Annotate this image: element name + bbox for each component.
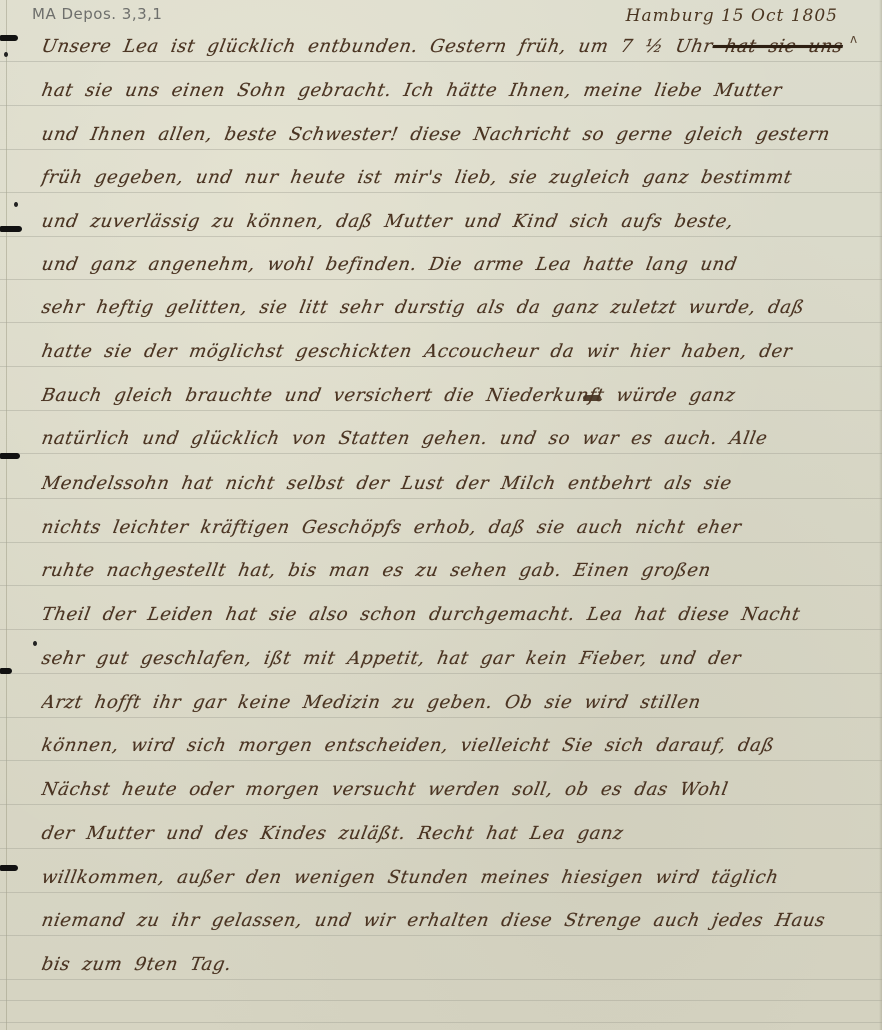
letter-line-text: natürlich und glücklich von Statten gehe… xyxy=(40,428,769,449)
ruling-line xyxy=(0,979,882,980)
ruling-line xyxy=(0,935,882,936)
ruling-line xyxy=(0,149,882,150)
letter-line: früh gegeben, und nur heute ist mir's li… xyxy=(40,167,874,188)
letter-line: und zuverlässig zu können, daß Mutter un… xyxy=(40,211,874,232)
letter-line: sehr heftig gelitten, sie litt sehr durs… xyxy=(40,297,874,318)
ruling-line xyxy=(0,804,882,805)
margin-ink-mark xyxy=(0,865,18,871)
letter-line: willkommen, außer den wenigen Stunden me… xyxy=(40,867,874,888)
ruling-line xyxy=(0,279,882,280)
ruling-line xyxy=(0,1022,882,1023)
letter-line-text: können, wird sich morgen entscheiden, vi… xyxy=(40,735,776,756)
archive-reference: MA Depos. 3,3,1 xyxy=(32,5,162,23)
letter-line: Arzt hofft ihr gar keine Medizin zu gebe… xyxy=(40,692,874,713)
ruling-line xyxy=(0,366,882,367)
margin-ink-mark xyxy=(0,668,12,674)
letter-line: und ganz angenehm, wohl befinden. Die ar… xyxy=(40,254,874,275)
letter-line: hat sie uns einen Sohn gebracht. Ich hät… xyxy=(40,80,874,101)
margin-ink-mark xyxy=(0,226,22,232)
ruling-line xyxy=(0,453,882,454)
letter-line: der Mutter und des Kindes zuläßt. Recht … xyxy=(40,823,874,844)
ruling-line xyxy=(0,892,882,893)
letter-line: und Ihnen allen, beste Schwester! diese … xyxy=(40,124,874,145)
ruling-line xyxy=(0,629,882,630)
place-date-line: Hamburg 15 Oct 1805 xyxy=(626,6,838,26)
margin-ink-mark xyxy=(0,35,18,41)
letter-line: nichts leichter kräftigen Geschöpfs erho… xyxy=(40,517,874,538)
letter-line: Theil der Leiden hat sie also schon durc… xyxy=(40,604,874,625)
letter-line: hatte sie der möglichst geschickten Acco… xyxy=(40,341,874,362)
ruling-line xyxy=(0,848,882,849)
ruling-line xyxy=(0,717,882,718)
letter-line: Unsere Lea ist glücklich entbunden. Gest… xyxy=(40,36,874,57)
letter-line-text: und zuverlässig zu können, daß Mutter un… xyxy=(40,211,735,232)
letter-line-text: sehr gut geschlafen, ißt mit Appetit, ha… xyxy=(40,648,743,669)
letter-line-text: nichts leichter kräftigen Geschöpfs erho… xyxy=(40,517,743,538)
letter-line-text: hatte sie der möglichst geschickten Acco… xyxy=(40,341,794,362)
letter-line-text: sehr heftig gelitten, sie litt sehr durs… xyxy=(40,297,806,318)
ruling-line xyxy=(0,105,882,106)
paper-fold-line xyxy=(6,0,7,1030)
margin-ink-mark xyxy=(0,453,20,459)
ruling-line xyxy=(0,498,882,499)
ruling-line xyxy=(0,542,882,543)
letter-line-text: früh gegeben, und nur heute ist mir's li… xyxy=(40,167,794,188)
letter-line-text: hat sie uns einen Sohn gebracht. Ich hät… xyxy=(40,80,784,101)
ruling-line xyxy=(0,61,882,62)
letter-line: ruhte nachgestellt hat, bis man es zu se… xyxy=(40,560,874,581)
ruling-line xyxy=(0,673,882,674)
letter-line-text: Arzt hofft ihr gar keine Medizin zu gebe… xyxy=(40,692,703,713)
letter-page: MA Depos. 3,3,1 Hamburg 15 Oct 1805 ʌ Un… xyxy=(0,0,882,1030)
letter-line: natürlich und glücklich von Statten gehe… xyxy=(40,428,874,449)
letter-line: bis zum 9ten Tag. xyxy=(40,954,874,975)
ink-dot-mark xyxy=(14,202,18,207)
letter-line: niemand zu ihr gelassen, und wir erhalte… xyxy=(40,910,874,931)
letter-line-text: bis zum 9ten Tag. xyxy=(40,954,233,975)
ruling-line xyxy=(0,760,882,761)
letter-line: Nächst heute oder morgen versucht werden… xyxy=(40,779,874,800)
ruling-line xyxy=(0,585,882,586)
struck-out-text: hat sie uns xyxy=(711,36,845,57)
letter-line: Mendelssohn hat nicht selbst der Lust de… xyxy=(40,473,874,494)
ruling-line xyxy=(0,322,882,323)
letter-line-text: Unsere Lea ist glücklich entbunden. Gest… xyxy=(40,36,715,57)
letter-line-text: Mendelssohn hat nicht selbst der Lust de… xyxy=(40,473,734,494)
letter-line-text: und Ihnen allen, beste Schwester! diese … xyxy=(40,124,832,145)
letter-line: können, wird sich morgen entscheiden, vi… xyxy=(40,735,874,756)
letter-line-text: Nächst heute oder morgen versucht werden… xyxy=(40,779,730,800)
letter-line-text: Theil der Leiden hat sie also schon durc… xyxy=(40,604,802,625)
ink-dot-mark xyxy=(4,52,8,57)
letter-line-text: und ganz angenehm, wohl befinden. Die ar… xyxy=(40,254,739,275)
letter-line-text: Bauch gleich brauchte und versichert die… xyxy=(40,385,737,406)
ruling-line xyxy=(0,410,882,411)
letter-line-text: ruhte nachgestellt hat, bis man es zu se… xyxy=(40,560,713,581)
letter-line-text: der Mutter und des Kindes zuläßt. Recht … xyxy=(40,823,625,844)
letter-line-text: niemand zu ihr gelassen, und wir erhalte… xyxy=(40,910,827,931)
ink-dot-mark xyxy=(33,641,37,646)
letter-line: sehr gut geschlafen, ißt mit Appetit, ha… xyxy=(40,648,874,669)
letter-line: Bauch gleich brauchte und versichert die… xyxy=(40,385,874,406)
ruling-line xyxy=(0,1000,882,1001)
ruling-line xyxy=(0,192,882,193)
letter-line-text: willkommen, außer den wenigen Stunden me… xyxy=(40,867,780,888)
ruling-line xyxy=(0,236,882,237)
